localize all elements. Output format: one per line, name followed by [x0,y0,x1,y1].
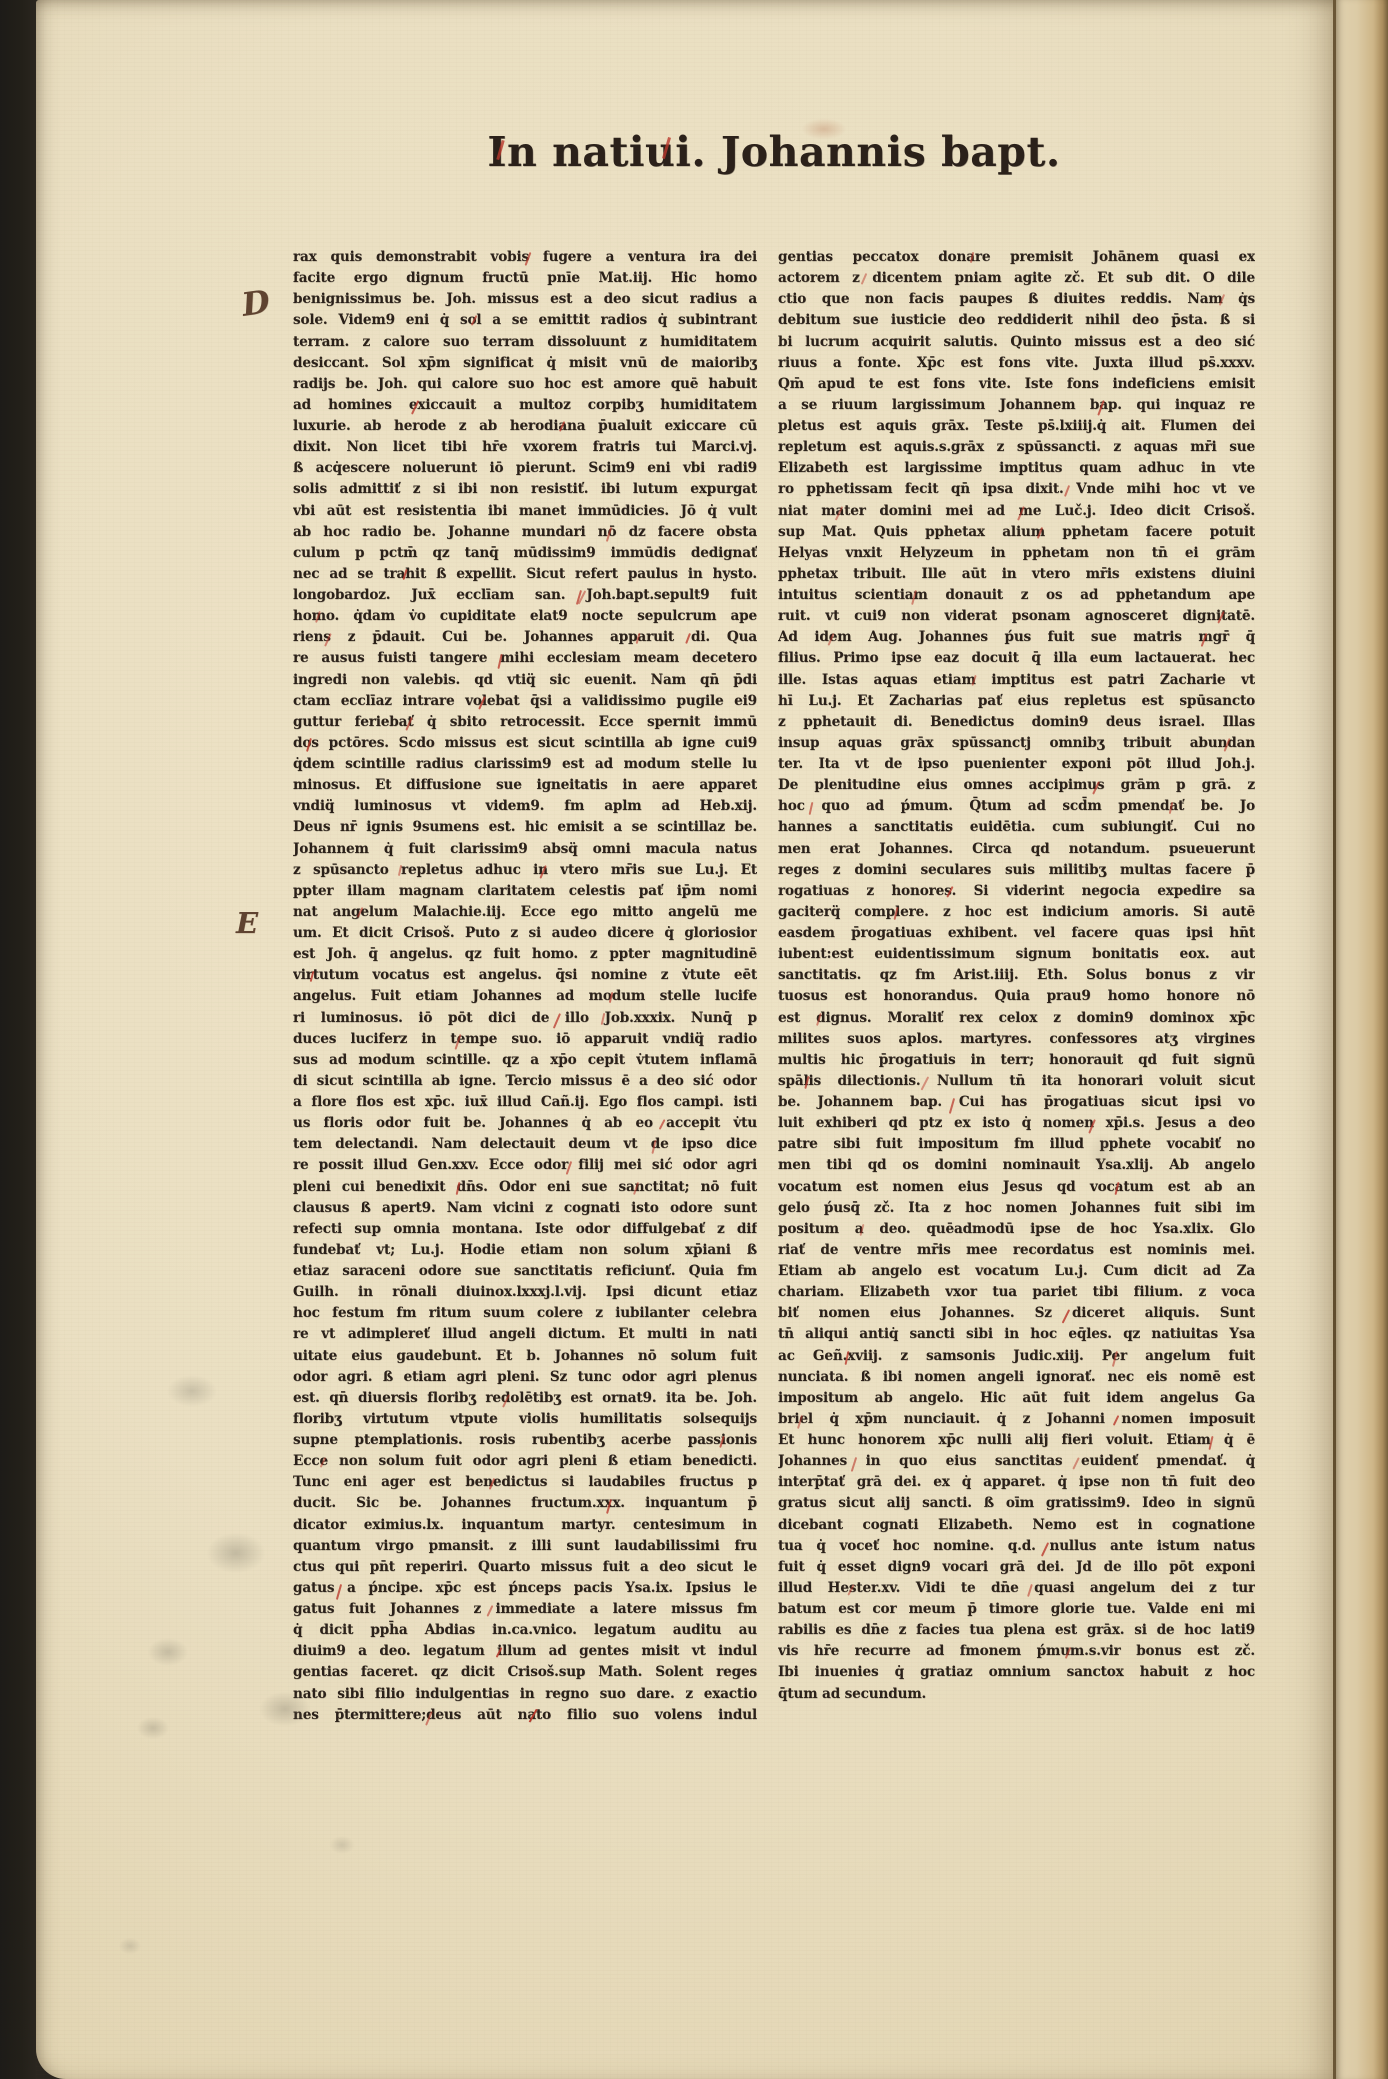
text-line: dos pctōres. Scdo missus est sicut scint… [293,733,757,754]
text-line: rogatiuas z honores. Si viderint negocia… [778,881,1255,902]
text-line: riuus a fonte. Xp̄c est fons vite. Juxta… [778,353,1255,374]
text-line: ri luminosus. iō pōt dici de illo Job.xx… [293,1008,757,1029]
text-line: clausus ß apert9. Nam vicini z cognati i… [293,1198,757,1219]
text-line: sus ad modum scintille. qz a xp̄o cepit … [293,1050,757,1071]
text-line: Tunc eni ager est benedictus si laudabil… [293,1472,757,1493]
text-line: q̇dem scintille radius clarissim9 est ad… [293,754,757,775]
text-line: hī Lu.j. Et Zacharias pať eius repletus … [778,691,1255,712]
text-line: multis hic p̄rogatiuis in terr; honoraui… [778,1050,1255,1071]
text-line: riať de ventre mr̄is mee recordatus est … [778,1240,1255,1261]
text-line: luit exhiberi qd ptz ex isto q̇ nomen xp… [778,1113,1255,1134]
text-line: floribʒ virtutum vtpute violis humilitat… [293,1409,757,1430]
text-line: briel q̇ xp̄m nunciauit. q̇ z Johanni no… [778,1409,1255,1430]
text-line: pletus est aquis grāx. Teste ps̄.lxiiij.… [778,416,1255,437]
text-line: ro pphetissam fecit qn̄ ipsa dixit. Vnde… [778,479,1255,500]
text-line: re ausus fuisti tangere mihi ecclesiam m… [293,648,757,669]
text-line: easdem p̄rogatiuas exhibent. vel facere … [778,923,1255,944]
text-line: men erat Johannes. Circa qd notandum. ps… [778,839,1255,860]
text-line: ctio que non facis paupes ß diuites redd… [778,289,1255,310]
text-line: ad homines exiccauit a multoz corpibʒ hu… [293,395,757,416]
text-line: Ecce non solum fuit odor agri pleni ß et… [293,1451,757,1472]
text-line: rabilis es dn̄e z facies tua plena est g… [778,1620,1255,1641]
text-line: Guilh. in rōnali diuinox.lxxxj.l.vij. Ip… [293,1282,757,1303]
text-line: ille. Istas aquas etiam imptitus est pat… [778,670,1255,691]
text-line: tn̄ aliqui antiq̇ sancti sibi in hoc eq̄… [778,1324,1255,1345]
text-line: insup aquas grāx spūssanctj omnibʒ tribu… [778,733,1255,754]
text-line: nec ad se trahit ß expellit. Sicut refer… [293,564,757,585]
text-line: De plenitudine eius omnes accipimus grām… [778,775,1255,796]
running-title: In natiui. Johannis bapt. [293,128,1255,184]
text-line: culum p pctm̄ qz tanq̄ mūdissim9 immūdis… [293,543,757,564]
book-page: In natiui. Johannis bapt. rax quis demon… [36,0,1336,2079]
text-line: gatus fuit Johannes z immediate a latere… [293,1599,757,1620]
text-line: gelo ṕusq̄ zč. Ita z hoc nomen Johannes … [778,1198,1255,1219]
text-line: a flore flos est xp̄c. iux̄ illud Cañ.ij… [293,1092,757,1113]
text-line: milites suos aplos. martyres. confessore… [778,1029,1255,1050]
text-line: Helyas vnxit Helyzeum in pphetam non tn̄… [778,543,1255,564]
text-line: interp̄tať grā dei. ex q̇ apparet. q̇ ip… [778,1472,1255,1493]
text-line: nat angelum Malachie.iij. Ecce ego mitto… [293,902,757,923]
text-line: reges z domini seculares suis militibʒ m… [778,860,1255,881]
text-line: Qm̄ apud te est fons vite. Iste fons ind… [778,374,1255,395]
text-line: ctus qui pn̄t reperiri. Quarto missus fu… [293,1557,757,1578]
text-line: hoc quo ad ṕmum. Q̄tum ad scd̄m pmendať … [778,796,1255,817]
text-line: sole. Videm9 eni q̇ sol a se emittit rad… [293,310,757,331]
text-line: desiccant. Sol xp̄m significat q̇ misit … [293,353,757,374]
text-line: actorem z dicentem pniam agite zč. Et su… [778,268,1255,289]
text-line: ducit. Sic be. Johannes fructum.xxx. inq… [293,1493,757,1514]
text-line: dixit. Non licet tibi hr̄e vxorem fratri… [293,437,757,458]
text-line: biť nomen eius Johannes. Sz diceret aliq… [778,1303,1255,1324]
stain [324,1832,360,1858]
text-line: Johannes in quo eius sanctitas euidenť p… [778,1451,1255,1472]
text-line: re possit illud Gen.xxv. Ecce odor filij… [293,1155,757,1176]
text-line: repletum est aquis.s.grāx z spūssancti. … [778,437,1255,458]
text-line: dicator eximius.lx. inquantum martyr. ce… [293,1515,757,1536]
text-line: minosus. Et diffusione sue igneitatis in… [293,775,757,796]
text-line: a se riuum largissimum Johannem bap. qui… [778,395,1255,416]
text-line: chariam. Elizabeth vxor tua pariet tibi … [778,1282,1255,1303]
marginal-initial: E [236,906,258,940]
text-line: be. Johannem bap. Cui has p̄rogatiuas si… [778,1092,1255,1113]
text-line: rax quis demonstrabit vobis fugere a ven… [293,247,757,268]
text-line: est Joh. q̄ angelus. qz fuit homo. z ppt… [293,944,757,965]
text-line: sanctitatis. qz fm Arist.iiij. Eth. Solu… [778,965,1255,986]
text-line: bi lucrum acquirit salutis. Quinto missu… [778,332,1255,353]
text-line: virtutum vocatus est angelus. q̄si nomin… [293,965,757,986]
text-line: Johannem q̇ fuit clarissim9 absq̈ omni m… [293,839,757,860]
text-line: dicebant cognati Elizabeth. Nemo est in … [778,1515,1255,1536]
text-line: z pphetauit di. Benedictus domin9 deus i… [778,712,1255,733]
stain [139,1632,197,1672]
text-line: luxurie. ab herode z ab herodiana p̄ualu… [293,416,757,437]
text-line: ab hoc radio be. Johanne mundari nō dz f… [293,522,757,543]
text-line: vocatum est nomen eius Jesus qd vocatum … [778,1177,1255,1198]
text-line: ß acq̇escere noluerunt iō pierunt. Scim9… [293,458,757,479]
text-line: q̄tum ad secundum. [778,1684,1255,1705]
text-line: homo. q̇dam v̇o cupiditate elat9 nocte s… [293,606,757,627]
text-line: q̇ dicit pph̄a Abdias in.ca.vnico. legat… [293,1620,757,1641]
text-line: sup Mat. Quis pphetax alium pphetam face… [778,522,1255,543]
text-line: fuit q̇ esset dign9 vocari grā dei. Jd d… [778,1557,1255,1578]
text-column-left: rax quis demonstrabit vobis fugere a ven… [293,247,757,1726]
text-line: nato sibi filio indulgentias in regno su… [293,1684,757,1705]
text-line: debitum sue iusticie deo reddiderit nihi… [778,310,1255,331]
text-line: Etiam ab angelo est vocatum Lu.j. Cum di… [778,1261,1255,1282]
text-line: impositum ab angelo. Hic aūt fuit idem a… [778,1388,1255,1409]
text-line: tem delectandi. Nam delectauit deum vt d… [293,1134,757,1155]
text-line: intuitus scientiam donauit z os ad pphet… [778,585,1255,606]
text-line: refecti sup omnia montana. Iste odor dif… [293,1219,757,1240]
text-line: di sicut scintilla ab igne. Tercio missu… [293,1071,757,1092]
text-line: tua q̇ voceť hoc nomine. q.d. nullus ant… [778,1536,1255,1557]
text-line: radijs be. Joh. qui calore suo hoc est a… [293,374,757,395]
text-line: vndiq̈ luminosus vt videm9. fm aplm ad H… [293,796,757,817]
text-line: illud Hester.xv. Vidi te dn̄e quasi ange… [778,1578,1255,1599]
text-line: guttur feriebať q̇ sbito retrocessit. Ec… [293,712,757,733]
text-line: est. qn̄ diuersis floribʒ redolētibʒ est… [293,1388,757,1409]
text-line: men tibi qd os domini nominauit Ysa.xlij… [778,1155,1255,1176]
text-line: longobardoz. Jux̄ ecclīam san. Joh.bapt.… [293,585,757,606]
text-line: vis hr̄e recurre ad fmonem ṕmum.s.vir bo… [778,1641,1255,1662]
text-line: nunciata. ß ibi nomen angeli ignorať. ne… [778,1367,1255,1388]
text-line: Elizabeth est largissime imptitus quam a… [778,458,1255,479]
text-line: niat mater domini mei ad me Luč.j. Ideo … [778,501,1255,522]
text-line: etiaz saraceni odore sue sanctitatis ref… [293,1261,757,1282]
text-line: facite ergo dignum fructū pnīe Mat.iij. … [293,268,757,289]
text-line: nes p̄termittere;deus aūt nato filio suo… [293,1705,757,1726]
marginal-initial: D [239,282,272,323]
text-line: odor agri. ß etiam agri pleni. Sz tunc o… [293,1367,757,1388]
text-line: gentias peccatox donare premisit Johānem… [778,247,1255,268]
text-line: gatus a ṕncipe. xp̄c est ṕnceps pacis Ys… [293,1578,757,1599]
text-line: diuim9 a deo. legatum illum ad gentes mi… [293,1641,757,1662]
text-line: filius. Primo ipse eaz docuit q̄ illa eu… [778,648,1255,669]
text-line: vbi aūt est resistentia ibi manet immūdi… [293,501,757,522]
text-line: est dignus. Moraliť rex celox z domin9 d… [778,1008,1255,1029]
text-line: us floris odor fuit be. Johannes q̇ ab e… [293,1113,757,1134]
text-line: ruit. vt cui9 non viderat psonam agnosce… [778,606,1255,627]
text-column-right: gentias peccatox donare premisit Johānem… [778,247,1255,1705]
text-line: angelus. Fuit etiam Johannes ad modum st… [293,986,757,1007]
text-line: batum est cor meum p̄ timore glorie tue.… [778,1599,1255,1620]
text-line: riens z p̄dauit. Cui be. Johannes apparu… [293,627,757,648]
text-line: spālis dilectionis. Nullum tn̄ ita honor… [778,1071,1255,1092]
text-line: positum a deo. quēadmodū ipse de hoc Ysa… [778,1219,1255,1240]
text-line: ingredi non valebis. qd vtiq̈ sic euenit… [293,670,757,691]
text-line: supne ptemplationis. rosis rubentibʒ ace… [293,1430,757,1451]
text-line: gentias faceret. qz dicit Crisoš.sup Mat… [293,1662,757,1683]
text-line: ppter illam magnam claritatem celestis p… [293,881,757,902]
next-page-edge [1336,0,1388,2079]
text-line: ctam ecclīaz intrare volebat q̄si a vali… [293,691,757,712]
text-line: ter. Ita vt de ipso puenienter exponi pō… [778,754,1255,775]
text-line: iubent:est euidentissimum signum bonitat… [778,944,1255,965]
text-line: patre sibi fuit impositum fm illud pphet… [778,1134,1255,1155]
text-line: tuosus est honorandus. Quia prau9 homo h… [778,986,1255,1007]
text-line: re vt adimplereť illud angeli dictum. Et… [293,1324,757,1345]
text-line: gaciterq̈ complere. z hoc est indicium a… [778,902,1255,923]
text-line: Deus nr̄ ignis 9sumens est. hic emisit a… [293,817,757,838]
text-line: duces luciferz in tempe suo. iō apparuit… [293,1029,757,1050]
text-line: uitate eius gaudebunt. Et b. Johannes nō… [293,1346,757,1367]
text-line: um. Et dicit Crisoš. Puto z si audeo dic… [293,923,757,944]
text-line: fundebať vt; Lu.j. Hodie etiam non solum… [293,1240,757,1261]
text-line: Ibi inuenies q̇ gratiaz omnium sanctox h… [778,1662,1255,1683]
text-line: ac Geñ.xviij. z samsonis Judic.xiij. Per… [778,1346,1255,1367]
text-line: pleni cui benedixit dn̄s. Odor eni sue s… [293,1177,757,1198]
text-line: pphetax tribuit. Ille aūt in vtero mr̄is… [778,564,1255,585]
text-line: benignissimus be. Joh. missus est a deo … [293,289,757,310]
text-line: Et hunc honorem xp̄c nulli alij fieri vo… [778,1430,1255,1451]
text-line: terram. z calore suo terram dissoluunt z… [293,332,757,353]
text-line: gratus sicut alij sancti. ß oīm gratissi… [778,1493,1255,1514]
text-line: z spūsancto repletus adhuc in vtero mr̄i… [293,860,757,881]
text-line: quantum virgo pmansit. z illi sunt lauda… [293,1536,757,1557]
stain [114,1934,146,1958]
text-line: hannes a sanctitatis euidētia. cum subiu… [778,817,1255,838]
text-line: hoc festum fm ritum suum colere z iubila… [293,1303,757,1324]
stain [130,1712,176,1744]
stain [156,1368,228,1414]
text-line: solis admittiť z si ibi non resistiť. ib… [293,479,757,500]
text-line: Ad idem Aug. Johannes ṕus fuit sue matri… [778,627,1255,648]
photograph-background: In natiui. Johannis bapt. rax quis demon… [0,0,1388,2079]
stain [194,1524,278,1582]
